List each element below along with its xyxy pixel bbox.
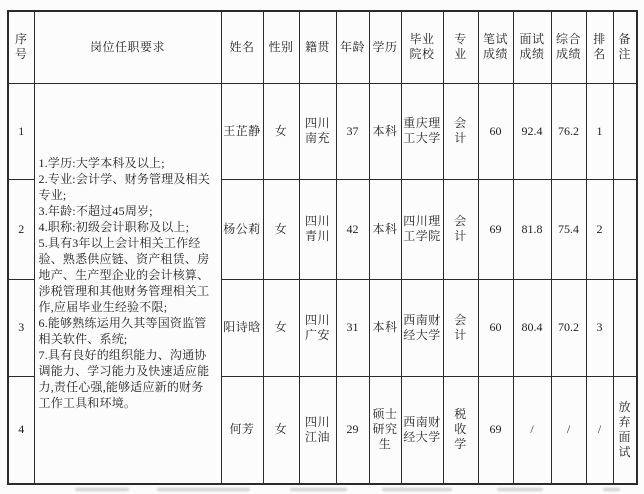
header-age: 年龄 — [336, 11, 369, 83]
cell-native-place: 四川 江油 — [299, 376, 336, 484]
cell-graduate-school: 重庆理 工大学 — [401, 83, 443, 179]
cell-education: 本科 — [369, 83, 401, 179]
header-interview-score: 面试 成绩 — [513, 11, 551, 83]
cell-major: 会 计 — [443, 179, 478, 279]
header-name: 姓名 — [221, 11, 263, 83]
cell-serial-no: 3 — [8, 279, 34, 376]
cell-name: 王芷静 — [221, 83, 263, 179]
cell-written-score: 60 — [478, 83, 513, 179]
cell-written-score: 69 — [478, 376, 513, 484]
cell-serial-no: 1 — [8, 83, 34, 179]
cell-overall-score: / — [551, 376, 586, 484]
cell-written-score: 60 — [478, 279, 513, 376]
cell-native-place: 四川 南充 — [299, 83, 336, 179]
cell-remarks — [613, 83, 637, 179]
cell-gender: 女 — [263, 279, 299, 376]
cell-remarks: 放 弃 面 试 — [613, 376, 637, 484]
cell-rank: 1 — [586, 83, 613, 179]
header-remarks: 备 注 — [613, 11, 637, 83]
cell-remarks — [613, 279, 637, 376]
cell-graduate-school: 西南财 经大学 — [401, 376, 443, 484]
cell-native-place: 四川 青川 — [299, 179, 336, 279]
cell-major: 会 计 — [443, 83, 478, 179]
header-native-place: 籍贯 — [299, 11, 336, 83]
header-written-score: 笔试 成绩 — [478, 11, 513, 83]
cell-name: 何芳 — [221, 376, 263, 484]
cell-age: 37 — [336, 83, 369, 179]
header-overall-score: 综合 成绩 — [551, 11, 586, 83]
header-job-requirements: 岗位任职要求 — [34, 11, 221, 83]
cell-overall-score: 70.2 — [551, 279, 586, 376]
header-gender: 性别 — [263, 11, 299, 83]
cell-major: 税 收 学 — [443, 376, 478, 484]
cell-native-place: 四川 广安 — [299, 279, 336, 376]
cell-interview-score: / — [513, 376, 551, 484]
cell-overall-score: 76.2 — [551, 83, 586, 179]
recruitment-results-table: 序 号 岗位任职要求 姓名 性别 籍贯 年龄 学历 毕业 院校 专 业 笔试 成… — [7, 10, 638, 485]
header-graduate-school: 毕业 院校 — [401, 11, 443, 83]
cell-name: 阳诗晗 — [221, 279, 263, 376]
cell-gender: 女 — [263, 83, 299, 179]
cell-job-requirements: 1.学历:大学本科及以上; 2.专业:会计学、财务管理及相关专业; 3.年龄:不… — [34, 83, 221, 484]
cell-age: 31 — [336, 279, 369, 376]
cell-age: 42 — [336, 179, 369, 279]
cell-graduate-school: 西南财 经大学 — [401, 279, 443, 376]
cell-serial-no: 4 — [8, 376, 34, 484]
cell-education: 本科 — [369, 179, 401, 279]
cell-age: 29 — [336, 376, 369, 484]
cell-rank: / — [586, 376, 613, 484]
header-rank: 排 名 — [586, 11, 613, 83]
header-serial-no: 序 号 — [8, 11, 34, 83]
cell-remarks — [613, 179, 637, 279]
cutoff-scan-artifact — [20, 486, 620, 492]
cell-education: 本科 — [369, 279, 401, 376]
cell-graduate-school: 四川理 工学院 — [401, 179, 443, 279]
cell-education: 硕士 研究 生 — [369, 376, 401, 484]
cell-interview-score: 81.8 — [513, 179, 551, 279]
cell-gender: 女 — [263, 376, 299, 484]
cell-name: 杨公莉 — [221, 179, 263, 279]
cell-serial-no: 2 — [8, 179, 34, 279]
cell-written-score: 69 — [478, 179, 513, 279]
cell-gender: 女 — [263, 179, 299, 279]
cell-overall-score: 75.4 — [551, 179, 586, 279]
header-major: 专 业 — [443, 11, 478, 83]
table-row: 1 1.学历:大学本科及以上; 2.专业:会计学、财务管理及相关专业; 3.年龄… — [8, 83, 637, 179]
table-header-row: 序 号 岗位任职要求 姓名 性别 籍贯 年龄 学历 毕业 院校 专 业 笔试 成… — [8, 11, 637, 83]
cell-major: 会 计 — [443, 279, 478, 376]
cell-rank: 2 — [586, 179, 613, 279]
cell-interview-score: 92.4 — [513, 83, 551, 179]
cell-interview-score: 80.4 — [513, 279, 551, 376]
header-education: 学历 — [369, 11, 401, 83]
cell-rank: 3 — [586, 279, 613, 376]
